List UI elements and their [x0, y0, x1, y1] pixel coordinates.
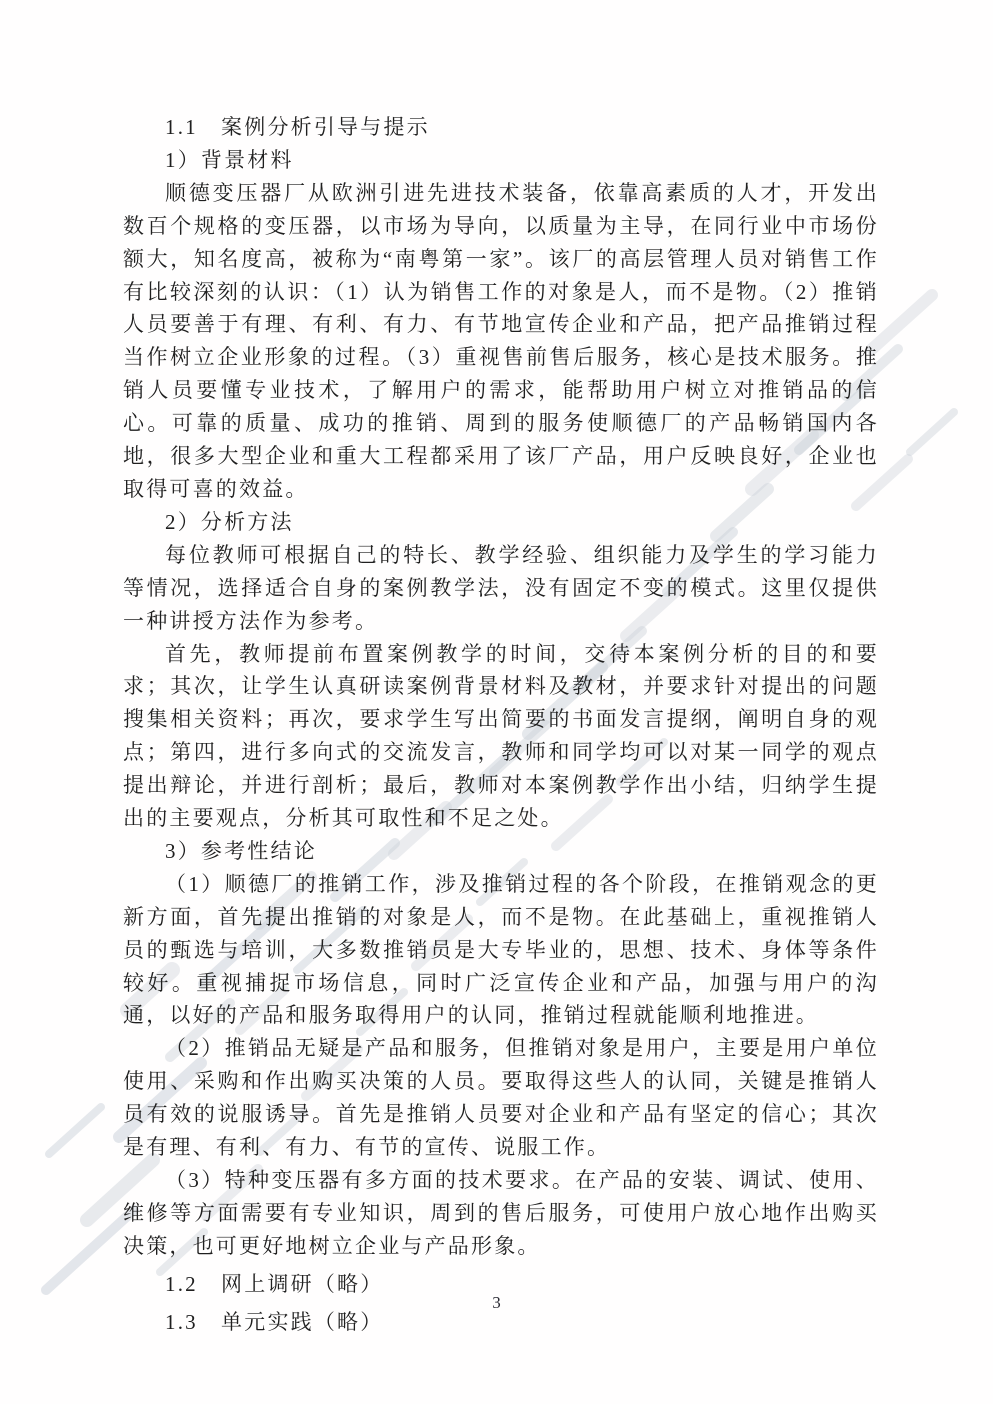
page-content: 1.1 案例分析引导与提示 1）背景材料 顺德变压器厂从欧洲引进先进技术装备，依… [123, 111, 879, 1339]
document-page: 1.1 案例分析引导与提示 1）背景材料 顺德变压器厂从欧洲引进先进技术装备，依… [0, 0, 993, 1404]
paragraph-conclusion-2: （2）推销品无疑是产品和服务，但推销对象是用户，主要是用户单位使用、采购和作出购… [123, 1032, 879, 1164]
page-number: 3 [0, 1293, 993, 1313]
paragraph-analysis-method-1: 每位教师可根据自己的特长、教学经验、组织能力及学生的学习能力等情况，选择适合自身… [123, 539, 879, 638]
subheading-background-material: 1）背景材料 [123, 144, 879, 177]
paragraph-background-material: 顺德变压器厂从欧洲引进先进技术装备，依靠高素质的人才，开发出数百个规格的变压器，… [123, 177, 879, 506]
section-heading: 1.1 案例分析引导与提示 [123, 111, 879, 144]
paragraph-conclusion-3: （3）特种变压器有多方面的技术要求。在产品的安装、调试、使用、维修等方面需要有专… [123, 1164, 879, 1263]
paragraph-conclusion-1: （1）顺德厂的推销工作，涉及推销过程的各个阶段，在推销观念的更新方面，首先提出推… [123, 868, 879, 1033]
subheading-reference-conclusions: 3）参考性结论 [123, 835, 879, 868]
paragraph-analysis-method-2: 首先，教师提前布置案例教学的时间，交待本案例分析的目的和要求；其次，让学生认真研… [123, 638, 879, 835]
subheading-analysis-method: 2）分析方法 [123, 506, 879, 539]
